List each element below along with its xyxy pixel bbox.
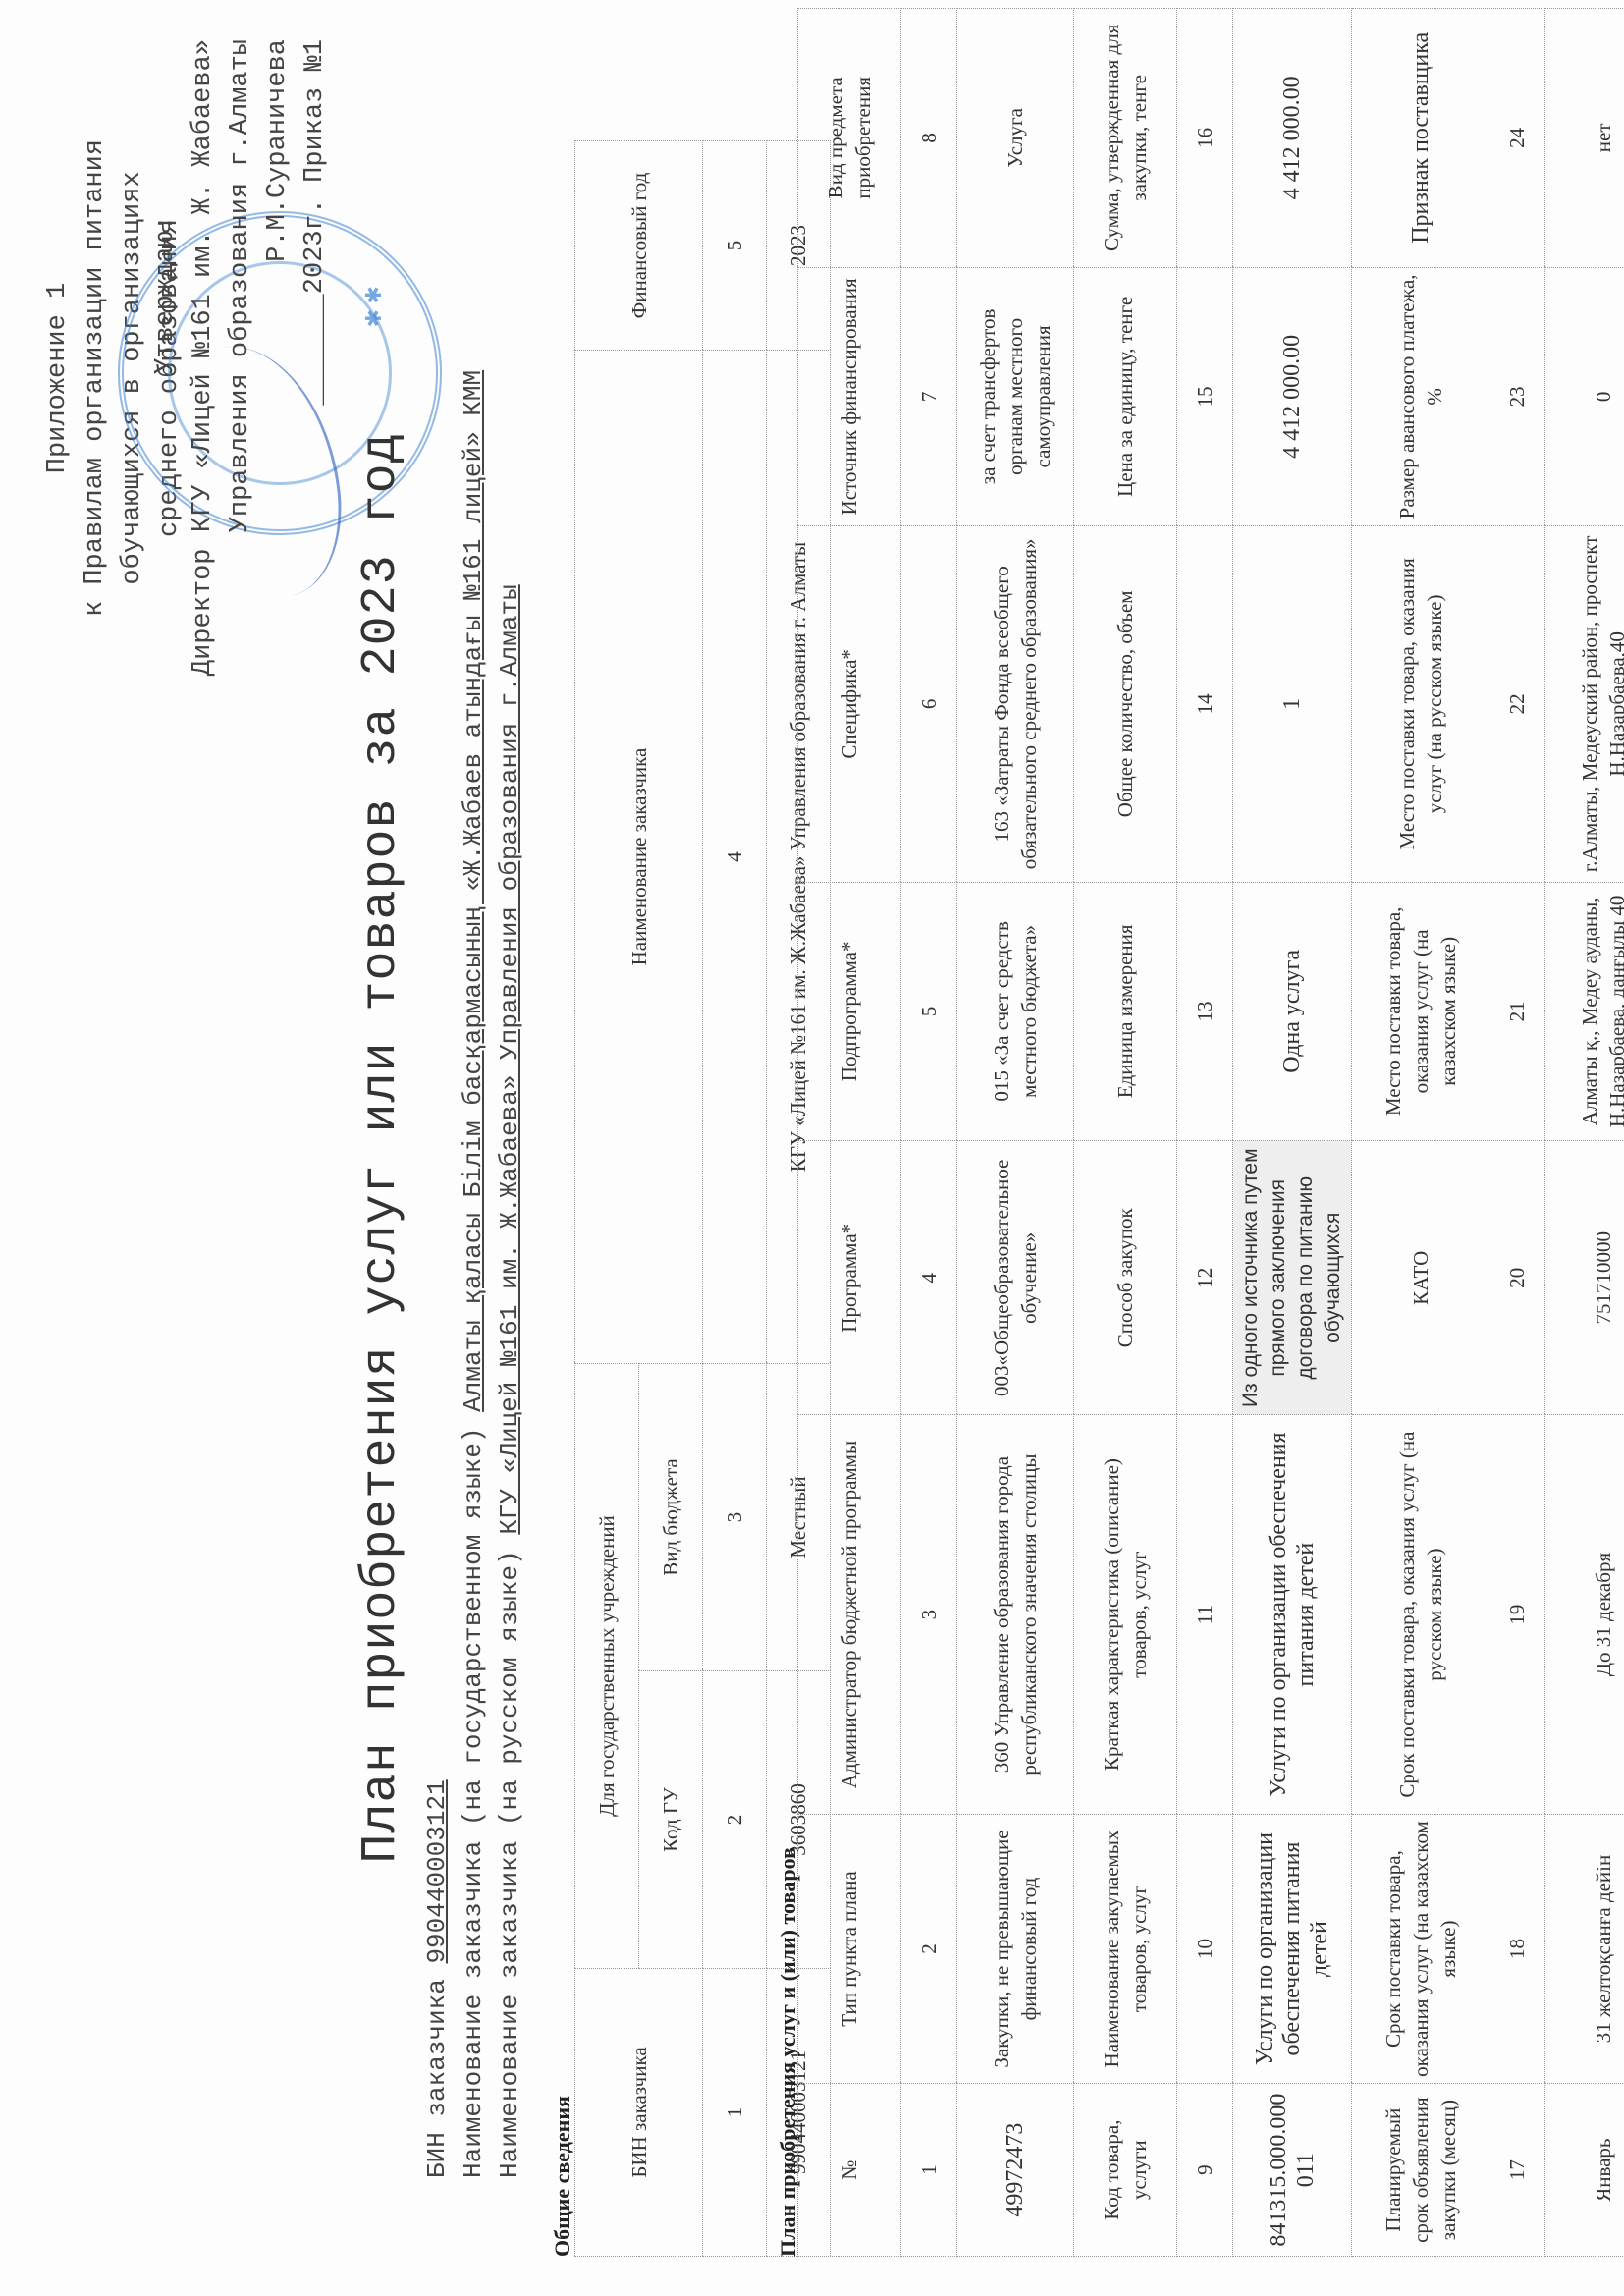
- col-header-budget-type: Вид бюджета: [639, 1364, 703, 1671]
- document-page: Приложение 1 к Правилам организации пита…: [0, 0, 1624, 2296]
- band1-number-row: 1 2 3 4 5 6 7 8: [901, 9, 957, 2257]
- col-header: №: [798, 2084, 901, 2257]
- table-row: 49972473 Закупки, не превышающие финансо…: [957, 9, 1074, 2257]
- col-number: 1: [703, 1969, 767, 2257]
- col-header: Общее количество, объем: [1074, 526, 1177, 882]
- col-number: 5: [703, 141, 767, 351]
- col-number: 16: [1177, 9, 1233, 268]
- cell-item-code: 841315.000.000011: [1233, 2084, 1352, 2257]
- approval-director: Директор КГУ «Лицей №161 им. Ж. Жабаева»: [185, 39, 222, 746]
- col-number: 11: [1177, 1415, 1233, 1814]
- cell-delivery-place-kz: Алматы қ., Медеу ауданы, Н.Назарбаева, д…: [1545, 882, 1624, 1141]
- cell-subprogram: 015 «За счет средств местного бюджета»: [957, 882, 1074, 1141]
- cell-plan-type: Закупки, не превышающие финансовый год: [957, 1814, 1074, 2084]
- col-number: 3: [901, 1415, 957, 1814]
- band2-number-row: 9 10 11 12 13 14 15 16: [1177, 9, 1233, 2257]
- col-number: 2: [901, 1814, 957, 2084]
- col-number: 20: [1489, 1141, 1545, 1415]
- cell-delivery-term-ru: До 31 декабря: [1545, 1415, 1624, 1814]
- customer-name-ru-line: Наименование заказчика (на русском языке…: [495, 584, 524, 2178]
- table-row: 841315.000.000011 Услуги по организации …: [1233, 9, 1352, 2257]
- col-number: 3: [703, 1364, 767, 1671]
- col-header-gov-group: Для государственных учреждений: [575, 1364, 639, 1969]
- col-header: КАТО: [1352, 1141, 1489, 1415]
- col-number: 9: [1177, 2084, 1233, 2257]
- approval-date-order: _______2023г. Приказ №1: [297, 39, 334, 746]
- col-header: Краткая характеристика (описание) товаро…: [1074, 1415, 1177, 1814]
- col-number: 4: [901, 1141, 957, 1415]
- col-header: Срок поставки товара, оказания услуг (на…: [1352, 1814, 1489, 2084]
- customer-name-ru-value: КГУ «Лицей №161 им. Ж.Жабаева» Управлени…: [495, 584, 524, 1534]
- col-header: Способ закупок: [1074, 1141, 1177, 1415]
- col-header-code: Код ГУ: [639, 1671, 703, 1969]
- col-header: Тип пункта плана: [798, 1814, 901, 2084]
- col-header: Единица измерения: [1074, 882, 1177, 1141]
- col-number: 13: [1177, 882, 1233, 1141]
- col-number: 10: [1177, 1814, 1233, 2084]
- column-numbers-row: 1 2 3 4 5: [703, 141, 767, 2257]
- col-header: Срок поставки товара, оказания услуг (на…: [1352, 1415, 1489, 1814]
- cell-delivery-place-ru: г.Алматы, Медеуский район, проспект Н.На…: [1545, 526, 1624, 882]
- procurement-plan-table: № Тип пункта плана Администратор бюджетн…: [797, 8, 1624, 2257]
- col-header: Признак поставщика: [1352, 9, 1489, 268]
- col-number: 7: [901, 267, 957, 526]
- cell-procurement-method: Из одного источника путем прямого заключ…: [1233, 1141, 1352, 1415]
- cell-supplier-sign: нет: [1545, 9, 1624, 268]
- col-header: Подпрограмма*: [798, 882, 901, 1141]
- cell-specific: 163 «Затраты Фонда всеобщего обязательно…: [957, 526, 1074, 882]
- band3-header-row: Планируемый срок объявления закупки (мес…: [1352, 9, 1489, 2257]
- customer-name-ru-label: Наименование заказчика (на русском языке…: [495, 1550, 524, 2178]
- approval-block: Утверждаю: Директор КГУ «Лицей №161 им. …: [147, 39, 334, 746]
- col-number: 14: [1177, 526, 1233, 882]
- col-header: Планируемый срок объявления закупки (мес…: [1352, 2084, 1489, 2257]
- cell-item-name: Услуги по организации обеспечения питани…: [1233, 1814, 1352, 2084]
- customer-name-kz-line: Наименование заказчика (на государственн…: [459, 370, 488, 2178]
- cell-advance-payment: 0: [1545, 267, 1624, 526]
- col-header: Программа*: [798, 1141, 901, 1415]
- cell-budget-admin: 360 Управление образования города респуб…: [957, 1415, 1074, 1814]
- col-number: 5: [901, 882, 957, 1141]
- table-row: Январь 31 желтоқсанға дейін До 31 декабр…: [1545, 9, 1624, 2257]
- col-number: 21: [1489, 882, 1545, 1141]
- cell-plan-id: 49972473: [957, 2084, 1074, 2257]
- col-header: Код товара, услуги: [1074, 2084, 1177, 2257]
- cell-unit-price: 4 412 000.00: [1233, 267, 1352, 526]
- col-header-customer-name: Наименование заказчика: [575, 351, 703, 1364]
- col-number: 6: [901, 526, 957, 882]
- col-number: 12: [1177, 1141, 1233, 1415]
- customer-name-kz-label: Наименование заказчика (на государственн…: [459, 1427, 488, 2178]
- col-header: Место поставки товара, оказания услуг (н…: [1352, 882, 1489, 1141]
- cell-kato: 751710000: [1545, 1141, 1624, 1415]
- col-header: Администратор бюджетной программы: [798, 1415, 901, 1814]
- col-number: 15: [1177, 267, 1233, 526]
- cell-item-description: Услуги по организации обеспечения питани…: [1233, 1415, 1352, 1814]
- col-header: Размер авансового платежа, %: [1352, 267, 1489, 526]
- approval-label: Утверждаю:: [147, 39, 185, 746]
- cell-announce-month: Январь: [1545, 2084, 1624, 2257]
- col-number: 24: [1489, 9, 1545, 268]
- band3-number-row: 17 18 19 20 21 22 23 24: [1489, 9, 1545, 2257]
- cell-program: 003«Общеобразовательное обучение»: [957, 1141, 1074, 1415]
- col-header: Специфика*: [798, 526, 901, 882]
- approval-signatory: Р.М.Сураничева: [259, 39, 297, 746]
- col-number: 18: [1489, 1814, 1545, 2084]
- cell-approved-sum: 4 412 000.00: [1233, 9, 1352, 268]
- col-number: 23: [1489, 267, 1545, 526]
- col-number: 8: [901, 9, 957, 268]
- annex-number: Приложение 1: [39, 103, 77, 653]
- col-number: 1: [901, 2084, 957, 2257]
- cell-subject-type: Услуга: [957, 9, 1074, 268]
- col-header: Место поставки товара, оказания услуг (н…: [1352, 526, 1489, 882]
- col-header-bin: БИН заказчика: [575, 1969, 703, 2257]
- customer-bin-label: БИН заказчика: [422, 1979, 452, 2178]
- approval-department: Управления образования г.Алматы: [222, 39, 259, 746]
- col-header: Сумма, утвержденная для закупки, тенге: [1074, 9, 1177, 268]
- band1-header-row: № Тип пункта плана Администратор бюджетн…: [798, 9, 901, 2257]
- col-header: Источник финансирования: [798, 267, 901, 526]
- col-header: Вид предмета приобретения: [798, 9, 901, 268]
- cell-funding-source: за счет трансфертов органам местного сам…: [957, 267, 1074, 526]
- page-title: План приобретения услуг или товаров за 2…: [353, 0, 409, 2296]
- band2-header-row: Код товара, услуги Наименование закупаем…: [1074, 9, 1177, 2257]
- annex-rules: к Правилам организации питания: [77, 103, 114, 653]
- col-number: 22: [1489, 526, 1545, 882]
- col-header: Цена за единицу, тенге: [1074, 267, 1177, 526]
- col-number: 2: [703, 1671, 767, 1969]
- cell-delivery-term-kz: 31 желтоқсанға дейін: [1545, 1814, 1624, 2084]
- col-header: Наименование закупаемых товаров, услуг: [1074, 1814, 1177, 2084]
- customer-bin-value: 990440003121: [422, 1779, 452, 1963]
- col-number: 19: [1489, 1415, 1545, 1814]
- customer-bin-line: БИН заказчика 990440003121: [422, 1779, 452, 2178]
- col-number: 17: [1489, 2084, 1545, 2257]
- customer-name-kz-value: Алматы қаласы Білім басқармасының «Ж.Жаб…: [459, 370, 488, 1412]
- cell-quantity: 1: [1233, 526, 1352, 882]
- col-header-fin-year: Финансовый год: [575, 141, 703, 351]
- cell-unit: Одна услуга: [1233, 882, 1352, 1141]
- col-number: 4: [703, 351, 767, 1364]
- general-section-title: Общие сведения: [550, 2096, 575, 2257]
